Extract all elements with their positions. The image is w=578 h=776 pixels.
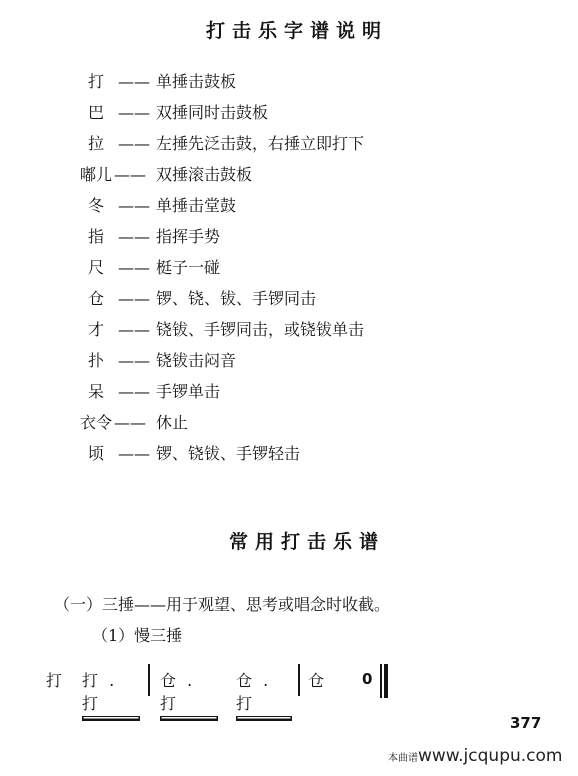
legend-dash: —— [118, 66, 150, 97]
legend-dash: —— [118, 97, 150, 128]
legend-meaning: 手锣单击 [156, 376, 220, 407]
note: 打 [236, 694, 252, 713]
legend-symbol: 冬 [88, 190, 104, 221]
legend-meaning: 双捶同时击鼓板 [156, 97, 268, 128]
legend-meaning: 指挥手势 [156, 221, 220, 252]
note: 打 [46, 668, 62, 691]
legend-dash: —— [118, 190, 150, 221]
note-dot: . [109, 671, 114, 690]
section-heading-san-chui: （一）三捶——用于观望、思考或唱念时收截。 [54, 592, 390, 615]
legend-dash: —— [118, 128, 150, 159]
note-group: 仓 . 打 [160, 668, 218, 717]
legend-meaning: 铙钹、手锣同击，或铙钹单击 [156, 314, 364, 345]
legend-meaning: 双捶滚击鼓板 [156, 159, 252, 190]
note: 打 [82, 671, 98, 690]
legend-dash: —— [118, 252, 150, 283]
watermark-label: 本曲谱 [388, 753, 418, 764]
final-bar-thin [380, 664, 382, 698]
legend-meaning: 铙钹击闷音 [156, 345, 236, 376]
legend-symbol: 尺 [88, 252, 104, 283]
legend-dash: —— [114, 407, 146, 438]
note: 打 [160, 694, 176, 713]
watermark-url: www.jcqupu.com [418, 746, 562, 766]
note-group: 打 . 打 [82, 668, 140, 717]
legend-dash: —— [118, 345, 150, 376]
note-dot: . [187, 671, 192, 690]
subsection-heading-man-san-chui: （1）慢三捶 [92, 623, 182, 646]
legend-meaning: 锣、铙钹、手锣轻击 [156, 438, 300, 469]
watermark: 本曲谱www.jcqupu.com [388, 746, 562, 766]
rest-zero: 0 [362, 670, 372, 688]
legend-symbol: 打 [88, 66, 104, 97]
legend-dash: —— [114, 159, 146, 190]
legend-symbol: 衣令 [80, 407, 112, 438]
section-title-notation-legend: 打击乐字谱说明 [8, 16, 578, 43]
legend-symbol: 仓 [88, 283, 104, 314]
note: 打 [82, 694, 98, 713]
legend-dash: —— [118, 314, 150, 345]
bar-line [298, 664, 300, 696]
bar-line [148, 664, 150, 696]
legend-meaning: 单捶击鼓板 [156, 66, 236, 97]
legend-symbol: 指 [88, 221, 104, 252]
note: 仓 [160, 671, 176, 690]
legend-symbol: 才 [88, 314, 104, 345]
note: 仓 [236, 671, 252, 690]
percussion-notation-line: 打 打 . 打 仓 . 打 仓 . 打 仓 0 [46, 664, 406, 698]
legend-symbol: 巴 [88, 97, 104, 128]
legend-meaning: 锣、铙、钹、手锣同击 [156, 283, 316, 314]
note: 仓 [308, 668, 324, 691]
legend-symbol: 呆 [88, 376, 104, 407]
legend-symbol: 拉 [88, 128, 104, 159]
note-dot: . [263, 671, 268, 690]
legend-meaning: 梃子一碰 [156, 252, 220, 283]
legend-symbol: 扑 [88, 345, 104, 376]
legend-dash: —— [118, 283, 150, 314]
legend-dash: —— [118, 376, 150, 407]
legend-meaning: 单捶击堂鼓 [156, 190, 236, 221]
section-title-common-scores: 常用打击乐谱 [18, 527, 578, 554]
legend-dash: —— [118, 438, 150, 469]
legend-meaning: 休止 [156, 407, 188, 438]
legend-symbol: 嘟儿 [80, 159, 112, 190]
legend-symbol: 顷 [88, 438, 104, 469]
legend-meaning: 左捶先泛击鼓，右捶立即打下 [156, 128, 364, 159]
final-bar-thick [384, 664, 388, 698]
note-group: 仓 . 打 [236, 668, 292, 717]
page-number: 377 [510, 714, 541, 732]
legend-dash: —— [118, 221, 150, 252]
